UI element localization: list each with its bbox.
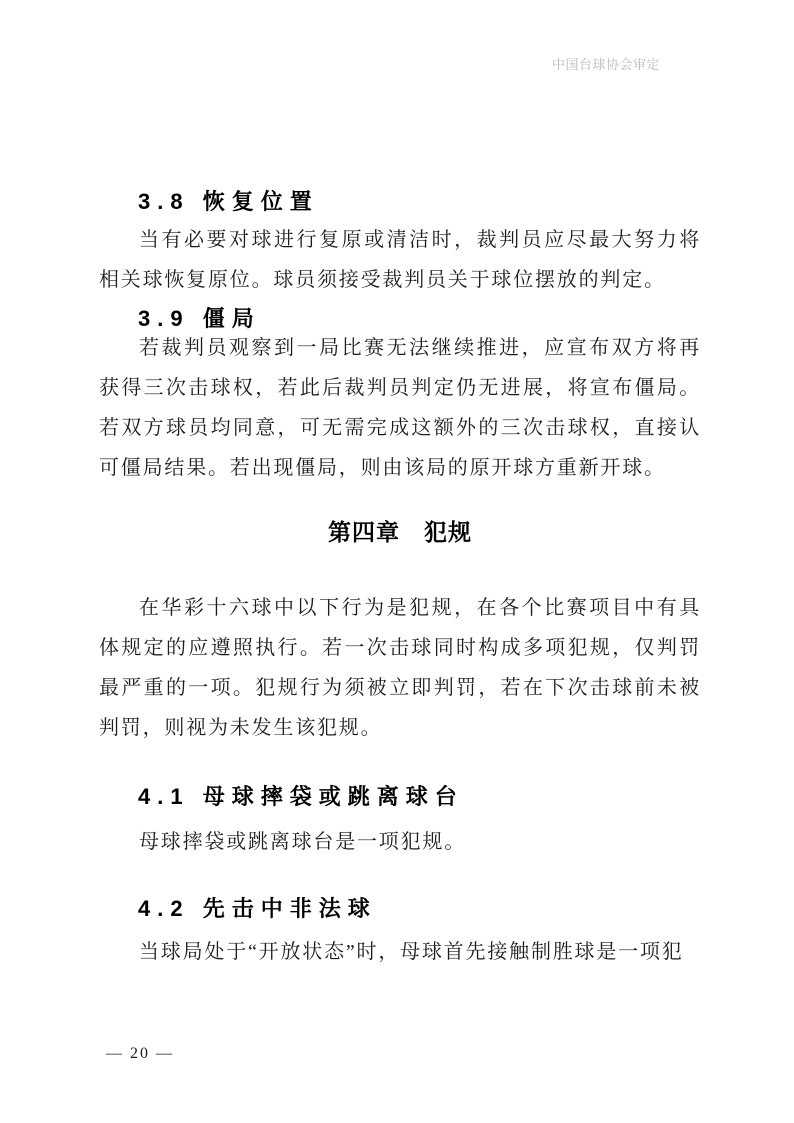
paragraph-4-1: 母球摔袋或跳离球台是一项犯规。 <box>99 822 701 862</box>
paragraph-4-2: 当球局处于“开放状态”时，母球首先接触制胜球是一项犯 <box>99 932 701 972</box>
section-heading-4-1: 4.1 母球摔袋或跳离球台 <box>138 782 464 812</box>
section-heading-4-2: 4.2 先击中非法球 <box>138 894 377 924</box>
paragraph-3-9: 若裁判员观察到一局比赛无法继续推进，应宣布双方将再获得三次击球权，若此后裁判员判… <box>99 328 701 488</box>
page-number: — 20 — <box>106 1044 174 1064</box>
section-heading-3-8: 3.8 恢复位置 <box>138 187 319 217</box>
chapter-4-title: 第四章 犯规 <box>99 516 701 548</box>
paragraph-chapter-4-intro: 在华彩十六球中以下行为是犯规，在各个比赛项目中有具体规定的应遵照执行。若一次击球… <box>99 588 701 748</box>
paragraph-3-8: 当有必要对球进行复原或清洁时，裁判员应尽最大努力将相关球恢复原位。球员须接受裁判… <box>99 220 701 300</box>
header-watermark: 中国台球协会审定 <box>552 57 702 72</box>
document-page: 中国台球协会审定 3.8 恢复位置 当有必要对球进行复原或清洁时，裁判员应尽最大… <box>0 0 794 1123</box>
